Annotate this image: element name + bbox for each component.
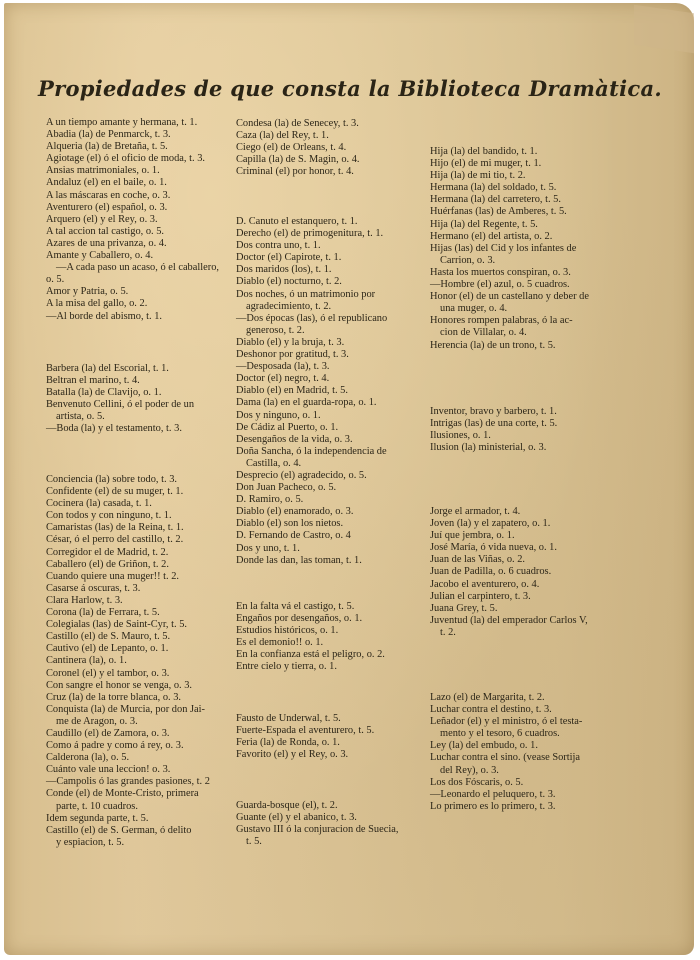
catalog-entry: Aventurero (el) español, o. 3. <box>46 202 236 214</box>
catalog-entry: Idem segunda parte, t. 5. <box>46 813 236 825</box>
catalog-entry: Luchar contra el destino, t. 3. <box>430 704 630 716</box>
catalog-entry-continuation: —A cada paso un acaso, ó el caballero, <box>46 262 236 274</box>
catalog-entry: Con todos y con ninguno, t. 1. <box>46 510 236 522</box>
catalog-entry: En la confianza está el peligro, o. 2. <box>236 649 426 661</box>
catalog-entry: En la falta vá el castigo, t. 5. <box>236 601 426 613</box>
catalog-entry-continuation: mento y el tesoro, 6 cuadros. <box>430 728 630 740</box>
catalog-entry-continuation: y espiacion, t. 5. <box>46 837 236 849</box>
catalog-entry: Amor y Patria, o. 5. <box>46 286 236 298</box>
catalog-entry: A tal accion tal castigo, o. 5. <box>46 226 236 238</box>
catalog-entry: Con sangre el honor se venga, o. 3. <box>46 680 236 692</box>
catalog-entry-continuation: Carrion, o. 3. <box>430 255 630 267</box>
catalog-entry: Diablo (el) son los nietos. <box>236 518 426 530</box>
catalog-entry: Lazo (el) de Margarita, t. 2. <box>430 692 630 704</box>
catalog-entry: Juventud (la) del emperador Carlos V, <box>430 615 630 627</box>
catalog-entry: Corregidor el de Madrid, t. 2. <box>46 547 236 559</box>
catalog-entry: Deshonor por gratitud, t. 3. <box>236 349 426 361</box>
catalog-entry: Como á padre y como á rey, o. 3. <box>46 740 236 752</box>
catalog-entry: Hermano (el) del artista, o. 2. <box>430 231 630 243</box>
catalog-entry: —Desposada (la), t. 3. <box>236 361 426 373</box>
catalog-entry: César, ó el perro del castillo, t. 2. <box>46 534 236 546</box>
catalog-entry: Leñador (el) y el ministro, ó el testa- <box>430 716 630 728</box>
section-f: Fausto de Underwal, t. 5.Fuerte-Espada e… <box>236 713 426 761</box>
catalog-entry: Guarda-bosque (el), t. 2. <box>236 800 426 812</box>
catalog-entry: Joven (la) y el zapatero, o. 1. <box>430 518 630 530</box>
catalog-entry: Honor (el) de un castellano y deber de <box>430 291 630 303</box>
catalog-entry-continuation: Castilla, o. 4. <box>236 458 426 470</box>
catalog-entry: Alqueria (la) de Bretaña, t. 5. <box>46 141 236 153</box>
catalog-entry: Benvenuto Cellini, ó el poder de un <box>46 399 236 411</box>
catalog-entry: Los dos Fóscaris, o. 5. <box>430 777 630 789</box>
section-e: En la falta vá el castigo, t. 5.Engaños … <box>236 601 426 674</box>
catalog-entry: Caudillo (el) de Zamora, o. 3. <box>46 728 236 740</box>
catalog-entry: Beltran el marino, t. 4. <box>46 375 236 387</box>
section-i: Inventor, bravo y barbero, t. 1.Intrigas… <box>430 406 630 454</box>
catalog-entry-continuation: agradecimiento, t. 2. <box>236 301 426 313</box>
catalog-entry: Diablo (el) en Madrid, t. 5. <box>236 385 426 397</box>
catalog-entry: Fuerte-Espada el aventurero, t. 5. <box>236 725 426 737</box>
catalog-entry-continuation: t. 5. <box>236 836 426 848</box>
catalog-entry: Condesa (la) de Senecey, t. 3. <box>236 118 426 130</box>
catalog-entry: Caza (la) del Rey, t. 1. <box>236 130 426 142</box>
catalog-entry: Hijo (el) de mi muger, t. 1. <box>430 158 630 170</box>
catalog-entry: Hermana (la) del soldado, t. 5. <box>430 182 630 194</box>
catalog-entry: Donde las dan, las toman, t. 1. <box>236 555 426 567</box>
catalog-entry: Criminal (el) por honor, t. 4. <box>236 166 426 178</box>
catalog-entry: Hermana (la) del carretero, t. 5. <box>430 194 630 206</box>
catalog-entry: —Campolis ó las grandes pasiones, t. 2 <box>46 776 236 788</box>
catalog-entry: Fausto de Underwal, t. 5. <box>236 713 426 725</box>
catalog-entry: Conciencia (la) sobre todo, t. 3. <box>46 474 236 486</box>
catalog-entry: Clara Harlow, t. 3. <box>46 595 236 607</box>
catalog-entry: Cantinera (la), o. 1. <box>46 655 236 667</box>
catalog-entry: Gustavo III ó la conjuracion de Suecia, <box>236 824 426 836</box>
catalog-entry: Diablo (el) enamorado, o. 3. <box>236 506 426 518</box>
catalog-entry: Don Juan Pacheco, o. 5. <box>236 482 426 494</box>
catalog-entry-continuation: parte, t. 10 cuadros. <box>46 801 236 813</box>
section-j: Jorge el armador, t. 4.Joven (la) y el z… <box>430 506 630 639</box>
catalog-entry-continuation: una muger, o. 4. <box>430 303 630 315</box>
catalog-entry: —Boda (la) y el testamento, t. 3. <box>46 423 236 435</box>
catalog-entry: A la misa del gallo, o. 2. <box>46 298 236 310</box>
catalog-entry: —Leonardo el peluquero, t. 3. <box>430 789 630 801</box>
section-l: Lazo (el) de Margarita, t. 2.Luchar cont… <box>430 692 630 813</box>
catalog-entry: Hija (la) de mi tio, t. 2. <box>430 170 630 182</box>
catalog-entry: Ciego (el) de Orleans, t. 4. <box>236 142 426 154</box>
catalog-entry: Coronel (el) y el tambor, o. 3. <box>46 668 236 680</box>
section-c: Conciencia (la) sobre todo, t. 3.Confide… <box>46 474 236 849</box>
section-h: Hija (la) del bandido, t. 1.Hijo (el) de… <box>430 146 630 352</box>
catalog-entry: Jorge el armador, t. 4. <box>430 506 630 518</box>
catalog-entry: Hijas (las) del Cid y los infantes de <box>430 243 630 255</box>
catalog-entry: Agiotage (el) ó el oficio de moda, t. 3. <box>46 153 236 165</box>
catalog-entry: Barbera (la) del Escorial, t. 1. <box>46 363 236 375</box>
catalog-entry: Juana Grey, t. 5. <box>430 603 630 615</box>
catalog-entry: Dos noches, ó un matrimonio por <box>236 289 426 301</box>
section-a: A un tiempo amante y hermana, t. 1.Abadi… <box>46 117 236 323</box>
catalog-entry: Capilla (la) de S. Magin, o. 4. <box>236 154 426 166</box>
catalog-entry: Desengaños de la vida, o. 3. <box>236 434 426 446</box>
catalog-entry: Juí que jembra, o. 1. <box>430 530 630 542</box>
catalog-entry-continuation: generoso, t. 2. <box>236 325 426 337</box>
catalog-entry: Dos contra uno, t. 1. <box>236 240 426 252</box>
catalog-entry: Calderona (la), o. 5. <box>46 752 236 764</box>
catalog-entry: Entre cielo y tierra, o. 1. <box>236 661 426 673</box>
catalog-entry: D. Ramiro, o. 5. <box>236 494 426 506</box>
catalog-entry: Arquero (el) y el Rey, o. 3. <box>46 214 236 226</box>
catalog-entry: Conde (el) de Monte-Cristo, primera <box>46 788 236 800</box>
catalog-entry: Colegialas (las) de Saint-Cyr, t. 5. <box>46 619 236 631</box>
catalog-entry: Es el demonio!! o. 1. <box>236 637 426 649</box>
catalog-entry-continuation: artista, o. 5. <box>46 411 236 423</box>
section-g: Guarda-bosque (el), t. 2.Guante (el) y e… <box>236 800 426 848</box>
catalog-entry: Estudios históricos, o. 1. <box>236 625 426 637</box>
catalog-entry: Abadia (la) de Penmarck, t. 3. <box>46 129 236 141</box>
catalog-entry-continuation: del Rey), o. 3. <box>430 765 630 777</box>
catalog-entry: Cuando quiere una muger!! t. 2. <box>46 571 236 583</box>
catalog-entry: o. 5. <box>46 274 236 286</box>
section-b: Barbera (la) del Escorial, t. 1.Beltran … <box>46 363 236 436</box>
catalog-entry: Diablo (el) y la bruja, t. 3. <box>236 337 426 349</box>
catalog-entry: Cuánto vale una leccion! o. 3. <box>46 764 236 776</box>
catalog-entry: Doctor (el) negro, t. 4. <box>236 373 426 385</box>
catalog-entry: Lo primero es lo primero, t. 3. <box>430 801 630 813</box>
catalog-entry: Corona (la) de Ferrara, t. 5. <box>46 607 236 619</box>
catalog-entry: Castillo (el) de S. German, ó delito <box>46 825 236 837</box>
catalog-entry: D. Fernando de Castro, o. 4 <box>236 530 426 542</box>
catalog-entry: Intrigas (las) de una corte, t. 5. <box>430 418 630 430</box>
catalog-entry: Doctor (el) Capirote, t. 1. <box>236 252 426 264</box>
catalog-entry: Amante y Caballero, o. 4. <box>46 250 236 262</box>
catalog-entry: Dos y uno, t. 1. <box>236 543 426 555</box>
catalog-entry: Azares de una privanza, o. 4. <box>46 238 236 250</box>
catalog-entry-continuation: t. 2. <box>430 627 630 639</box>
catalog-entry: Casarse á oscuras, t. 3. <box>46 583 236 595</box>
catalog-entry: —Hombre (el) azul, o. 5 cuadros. <box>430 279 630 291</box>
catalog-entry: Hasta los muertos conspiran, o. 3. <box>430 267 630 279</box>
catalog-entry: Dos maridos (los), t. 1. <box>236 264 426 276</box>
catalog-entry: Diablo (el) nocturno, t. 2. <box>236 276 426 288</box>
catalog-entry: Herencia (la) de un trono, t. 5. <box>430 340 630 352</box>
catalog-entry: Ley (la) del embudo, o. 1. <box>430 740 630 752</box>
catalog-entry: Andaluz (el) en el baile, o. 1. <box>46 177 236 189</box>
catalog-entry: Juan de Padilla, o. 6 cuadros. <box>430 566 630 578</box>
catalog-entry: Conquista (la) de Murcia, por don Jai- <box>46 704 236 716</box>
catalog-entry: Dama (la) en el guarda-ropa, o. 1. <box>236 397 426 409</box>
catalog-entry: Confidente (el) de su muger, t. 1. <box>46 486 236 498</box>
catalog-entry: Ilusiones, o. 1. <box>430 430 630 442</box>
page-title: Propiedades de que consta la Biblioteca … <box>0 76 700 101</box>
catalog-entry: Ansias matrimoniales, o. 1. <box>46 165 236 177</box>
catalog-entry: Desprecio (el) agradecido, o. 5. <box>236 470 426 482</box>
catalog-entry: Feria (la) de Ronda, o. 1. <box>236 737 426 749</box>
catalog-entry: Inventor, bravo y barbero, t. 1. <box>430 406 630 418</box>
catalog-entry: Huérfanas (las) de Amberes, t. 5. <box>430 206 630 218</box>
catalog-entry: Cautivo (el) de Lepanto, o. 1. <box>46 643 236 655</box>
page-torn-corner <box>634 5 694 53</box>
catalog-entry: José María, ó vida nueva, o. 1. <box>430 542 630 554</box>
catalog-entry-continuation: cion de Villalar, o. 4. <box>430 327 630 339</box>
catalog-entry: Favorito (el) y el Rey, o. 3. <box>236 749 426 761</box>
catalog-entry: Dos y ninguno, o. 1. <box>236 410 426 422</box>
catalog-entry: —Al borde del abismo, t. 1. <box>46 311 236 323</box>
catalog-entry: Honores rompen palabras, ó la ac- <box>430 315 630 327</box>
catalog-entry: De Cádiz al Puerto, o. 1. <box>236 422 426 434</box>
catalog-entry: Castillo (el) de S. Mauro, t. 5. <box>46 631 236 643</box>
catalog-entry: Ilusion (la) ministerial, o. 3. <box>430 442 630 454</box>
section-d: D. Canuto el estanquero, t. 1.Derecho (e… <box>236 216 426 567</box>
catalog-entry: —Dos épocas (las), ó el republicano <box>236 313 426 325</box>
section-c2: Condesa (la) de Senecey, t. 3.Caza (la) … <box>236 118 426 178</box>
catalog-entry: Hija (la) del Regente, t. 5. <box>430 219 630 231</box>
catalog-entry: Camaristas (las) de la Reina, t. 1. <box>46 522 236 534</box>
catalog-entry: Batalla (la) de Clavijo, o. 1. <box>46 387 236 399</box>
catalog-entry: Derecho (el) de primogenitura, t. 1. <box>236 228 426 240</box>
catalog-entry: Hija (la) del bandido, t. 1. <box>430 146 630 158</box>
catalog-entry-continuation: me de Aragon, o. 3. <box>46 716 236 728</box>
catalog-entry: Engaños por desengaños, o. 1. <box>236 613 426 625</box>
catalog-entry: Caballero (el) de Griñon, t. 2. <box>46 559 236 571</box>
catalog-entry: Jacobo el aventurero, o. 4. <box>430 579 630 591</box>
catalog-entry: Luchar contra el sino. (vease Sortija <box>430 752 630 764</box>
catalog-entry: Cruz (la) de la torre blanca, o. 3. <box>46 692 236 704</box>
catalog-entry: Guante (el) y el abanico, t. 3. <box>236 812 426 824</box>
catalog-entry: Doña Sancha, ó la independencia de <box>236 446 426 458</box>
catalog-entry: Juan de las Viñas, o. 2. <box>430 554 630 566</box>
catalog-entry: A un tiempo amante y hermana, t. 1. <box>46 117 236 129</box>
catalog-entry: Julian el carpintero, t. 3. <box>430 591 630 603</box>
catalog-entry: D. Canuto el estanquero, t. 1. <box>236 216 426 228</box>
catalog-entry: A las máscaras en coche, o. 3. <box>46 190 236 202</box>
catalog-entry: Cocinera (la) casada, t. 1. <box>46 498 236 510</box>
